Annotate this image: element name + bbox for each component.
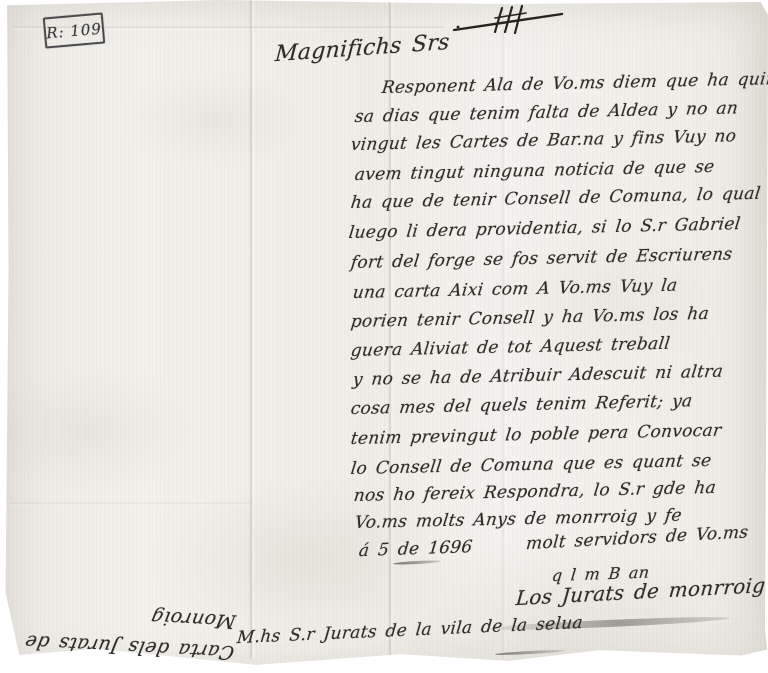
archive-stamp-number: R: 109 xyxy=(45,19,102,42)
vertical-fold-crease xyxy=(249,0,255,659)
archive-stamp: R: 109 xyxy=(43,12,105,48)
docket-line: Monroig xyxy=(26,600,238,633)
horizontal-fold-crease xyxy=(10,502,250,506)
scanned-letter-page: R: 109 Magnifichs Srs Responent Ala de V… xyxy=(0,0,768,673)
letter-date: á 5 de 1696 xyxy=(358,537,474,561)
cancellation-mark-icon xyxy=(450,4,570,38)
docket-note-rotated: Carta dels Jurats de Monroig xyxy=(26,561,239,664)
vertical-fold-crease xyxy=(501,0,507,659)
docket-line: Carta dels Jurats de xyxy=(24,631,236,664)
